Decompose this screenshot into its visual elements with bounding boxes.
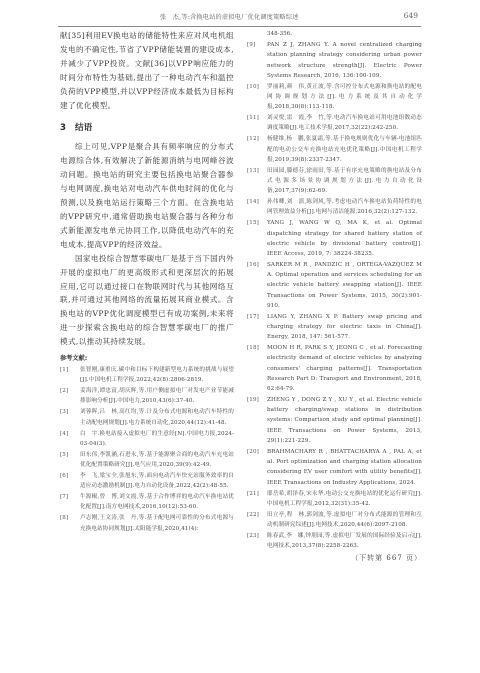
reference-number: [20] [247, 447, 259, 457]
reference-number: [17] [247, 312, 259, 322]
reference-number: [11] [247, 113, 259, 123]
reference-number: [5] [60, 450, 68, 460]
body-paragraph: 国家电投综合智慧零碳电厂是基于当下国内外开展的虚拟电厂的更高级形式和更深层次的拓… [60, 252, 234, 349]
page-number: 649 [404, 11, 418, 20]
reference-item: [14]孙伟卿,刘 滇,陈剑风,等.考虑电动汽车换电站负荷特性的电网管理效益分析… [247, 197, 422, 217]
reference-text: 李 飞,梁宝全,张旭东,等.面向电动汽车快充站服务效率的自适应动态激励机制[J]… [80, 473, 234, 489]
reference-number: [23] [247, 531, 259, 541]
reference-number: [14] [247, 197, 259, 207]
reference-item: [16]SARKER M R , PANDZIC H , ORTEGA-VAZQ… [247, 260, 422, 311]
references-heading: 参考文献: [60, 353, 234, 362]
reference-continuation: 348-356. [247, 29, 422, 39]
reference-item: [22]田立亭,程 林,郭剑波,等.虚拟电厂对分布式能源的管理和互动机制研究综述… [247, 510, 422, 530]
reference-text: MOON H R, PARK S Y, JEONG C , et al. For… [267, 345, 422, 392]
reference-item: [20]BRAHMACHARY R , BHATTACHARYA A , PAL… [247, 447, 422, 488]
reference-number: [1] [60, 365, 68, 375]
reference-item: [13]田园园,滕德芬,徐雨田,等.基于有序充电策略的换电站及分布式电源多场景协… [247, 166, 422, 197]
reference-text: BRAHMACHARY R , BHATTACHARYA A , PAL A, … [267, 449, 422, 486]
reference-number: [3] [60, 407, 68, 417]
reference-text: 姜海洋,谭忠富,胡庆辉,等.用户侧虚拟电厂对发电产业节能减排影响分析[J].中国… [80, 388, 234, 404]
right-column: 348-356. [9]PAN Z J, ZHANG Y. A novel ce… [247, 29, 422, 563]
reference-item: [17]LIANG Y, ZHANG X P. Battery swap pri… [247, 312, 422, 343]
reference-number: [6] [60, 471, 68, 481]
reference-text: 杨健维,杨 鹏,张夏霜,等.基于换电规则优化与车辆-电池组匹配的电动公交车充换电… [267, 136, 422, 162]
reference-item: [23]陈春武,李 娜,钟朋园,等.虚拟电厂发展的国际经验及启示[J].电网技术… [247, 531, 422, 551]
reference-number: [15] [247, 218, 259, 228]
reference-text: LIANG Y, ZHANG X P. Battery swap pricing… [267, 314, 422, 340]
reference-text: 田园园,滕德芬,徐雨田,等.基于有序充电策略的换电站及分布式电源多场景协调规划方… [267, 168, 422, 194]
reference-number: [18] [247, 343, 259, 353]
reference-text: 卢志刚,王文涛,张 丹,等.基于配电网可靠性的分布式电源与充换电站协同规划[J]… [80, 515, 234, 531]
reference-item: [10]罗丽莉,颜 伟,黄正波,等.含可控分布式电源和换电站的配电网协调规划方法… [247, 82, 422, 113]
reference-text: 耶岳希,胡泽春,宋永华.电动公交充换电站的优化运行研究[J].中国电机工程学报,… [267, 491, 422, 507]
reference-item: [4]白 宇.换电站接入虚拟电厂的生意经[N].中国电力报,2024-03-04… [60, 429, 234, 449]
reference-item: [1]张智刚,康重庆.碳中和目标下构建新型电力系统的挑战与展望[J].中国电机工… [60, 365, 234, 385]
reference-item: [8]卢志刚,王文涛,张 丹,等.基于配电网可靠性的分布式电源与充换电站协同规划… [60, 513, 234, 533]
body-paragraph: 综上可见,VPP是聚合具有频率响应的分布式电源综合体,有效解决了新能源消纳与电网… [60, 140, 234, 251]
reference-number: [4] [60, 429, 68, 439]
reference-text: 罗丽莉,颜 伟,黄正波,等.含可控分布式电源和换电站的配电网协调规划方法[J].… [267, 84, 422, 110]
reference-text: 陈春武,李 娜,钟朋园,等.虚拟电厂发展的国际经验及启示[J].电网技术,201… [267, 533, 422, 549]
reference-text: SARKER M R , PANDZIC H , ORTEGA-VAZQUEZ … [267, 262, 422, 309]
reference-number: [19] [247, 395, 259, 405]
left-column: 献[35]利用EV换电站的储能特性来应对风电机组发电的不确定性,节省了VPP储能… [60, 29, 234, 535]
reference-number: [21] [247, 489, 259, 499]
reference-item: [7]牛源椒,曾 博,刘文霞,等.基于合作博弈的电动汽车换电站优化配置[J].南… [60, 492, 234, 512]
continued-note: （下转第 667 页） [247, 553, 422, 563]
reference-text: ZHENG Y , DONG Z Y , XU Y , et al. Elect… [267, 397, 422, 444]
reference-item: [19]ZHENG Y , DONG Z Y , XU Y , et al. E… [247, 395, 422, 446]
reference-text: PAN Z J, ZHANG Y. A novel centralized ch… [267, 42, 422, 79]
reference-item: [6]李 飞,梁宝全,张旭东,等.面向电动汽车快充站服务效率的自适应动态激励机制… [60, 471, 234, 491]
section-heading: 3结语 [60, 121, 234, 135]
running-title: 张 杰,等:含换电站的虚拟电厂优化调度策略综述 [160, 12, 299, 21]
reference-number: [8] [60, 513, 68, 523]
reference-number: [12] [247, 134, 259, 144]
reference-item: [11]刘灵悦,雷 霞,李 竹,等.电动汽车换电站可用电池组数动态调度策略[J]… [247, 113, 422, 133]
reference-item: [15]YANG J, WANG W Q, MA K, et al. Optim… [247, 218, 422, 259]
reference-item: [5]田东伟,李凯涵,石进永,等.基于能源聚合商的电动汽车充电站优化配置策略研究… [60, 450, 234, 470]
reference-text: YANG J, WANG W Q, MA K, et al. Optimal d… [267, 220, 422, 257]
reference-number: [16] [247, 260, 259, 270]
reference-item: [21]耶岳希,胡泽春,宋永华.电动公交充换电站的优化运行研究[J].中国电机工… [247, 489, 422, 509]
reference-text: 田东伟,李凯涵,石进永,等.基于能源聚合商的电动汽车充电站优化配置策略研究[J]… [80, 452, 234, 468]
reference-item: [18]MOON H R, PARK S Y, JEONG C , et al.… [247, 343, 422, 394]
reference-text: 孙伟卿,刘 滇,陈剑风,等.考虑电动汽车换电站负荷特性的电网管理效益分析[J].… [267, 199, 422, 215]
reference-item: [3]刘蓉晖,吕 林,高红均,等.计及分布式电源和电动汽车特性的主动配电网规划[… [60, 407, 234, 427]
reference-text: 牛源椒,曾 博,刘文霞,等.基于合作博弈的电动汽车换电站优化配置[J].南方电网… [80, 494, 234, 510]
reference-text: 张智刚,康重庆.碳中和目标下构建新型电力系统的挑战与展望[J].中国电机工程学报… [80, 367, 234, 383]
reference-number: [13] [247, 166, 259, 176]
reference-item: [2]姜海洋,谭忠富,胡庆辉,等.用户侧虚拟电厂对发电产业节能减排影响分析[J]… [60, 386, 234, 406]
reference-number: [2] [60, 386, 68, 396]
body-paragraph: 献[35]利用EV换电站的储能特性来应对风电机组发电的不确定性,节省了VPP储能… [60, 29, 234, 112]
reference-number: [7] [60, 492, 68, 502]
reference-item: [9]PAN Z J, ZHANG Y. A novel centralized… [247, 40, 422, 81]
reference-text: 白 宇.换电站接入虚拟电厂的生意经[N].中国电力报,2024-03-04(3)… [80, 431, 234, 447]
section-title: 结语 [75, 123, 92, 133]
reference-number: [22] [247, 510, 259, 520]
section-number: 3 [60, 121, 75, 135]
reference-text: 刘灵悦,雷 霞,李 竹,等.电动汽车换电站可用电池组数动态调度策略[J].电工技… [267, 115, 422, 131]
reference-text: 刘蓉晖,吕 林,高红均,等.计及分布式电源和电动汽车特性的主动配电网规划[J].… [80, 409, 234, 425]
reference-item: [12]杨健维,杨 鹏,张夏霜,等.基于换电规则优化与车辆-电池组匹配的电动公交… [247, 134, 422, 165]
page-header: 张 杰,等:含换电站的虚拟电厂优化调度策略综述 649 [58, 6, 421, 27]
reference-number: [10] [247, 82, 259, 92]
reference-number: [9] [247, 40, 255, 50]
reference-text: 田立亭,程 林,郭剑波,等.虚拟电厂对分布式能源的管理和互动机制研究综述[J].… [267, 512, 422, 528]
